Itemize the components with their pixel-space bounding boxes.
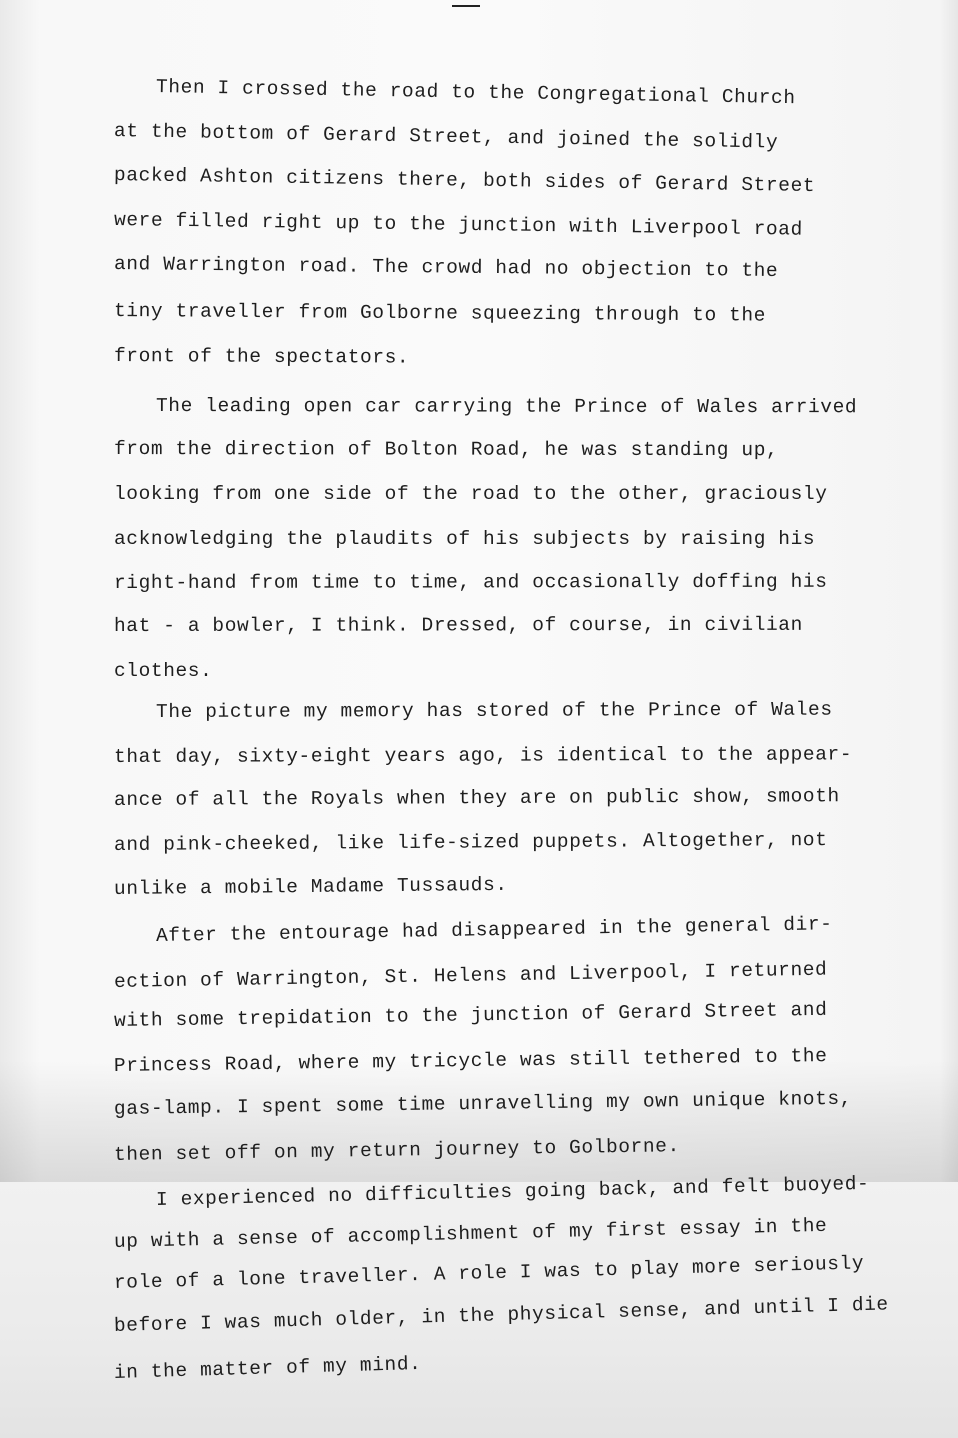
text-line: ection of Warrington, St. Helens and Liv… [114, 961, 828, 993]
text-line: front of the spectators. [114, 347, 409, 368]
text-line: The leading open car carrying the Prince… [156, 397, 857, 418]
text-line: ance of all the Royals when they are on … [114, 787, 840, 810]
text-line: with some trepidation to the junction of… [114, 1001, 828, 1032]
text-line: Then I crossed the road to the Congregat… [156, 78, 796, 109]
text-line: clothes. [114, 662, 212, 682]
text-line: acknowledging the plaudits of his subjec… [114, 530, 815, 550]
text-line: After the entourage had disappeared in t… [156, 915, 833, 946]
text-line: and pink-cheeked, like life-sized puppet… [114, 831, 828, 855]
page-number-dash [452, 5, 480, 7]
text-line: from the direction of Bolton Road, he wa… [114, 440, 778, 461]
text-line: were filled right up to the junction wit… [114, 211, 803, 240]
text-line: looking from one side of the road to the… [114, 485, 828, 505]
text-line: packed Ashton citizens there, both sides… [114, 166, 815, 197]
text-line: that day, sixty-eight years ago, is iden… [114, 745, 852, 767]
document-page: Then I crossed the road to the Congregat… [0, 0, 958, 1438]
text-line: tiny traveller from Golborne squeezing t… [114, 302, 766, 326]
text-line: at the bottom of Gerard Street, and join… [114, 122, 779, 153]
text-line: right-hand from time to time, and occasi… [114, 573, 828, 594]
text-line: hat - a bowler, I think. Dressed, of cou… [114, 616, 803, 637]
text-line: The picture my memory has stored of the … [156, 701, 833, 723]
text-line: unlike a mobile Madame Tussauds. [114, 876, 508, 900]
text-line: and Warrington road. The crowd had no ob… [114, 255, 778, 281]
